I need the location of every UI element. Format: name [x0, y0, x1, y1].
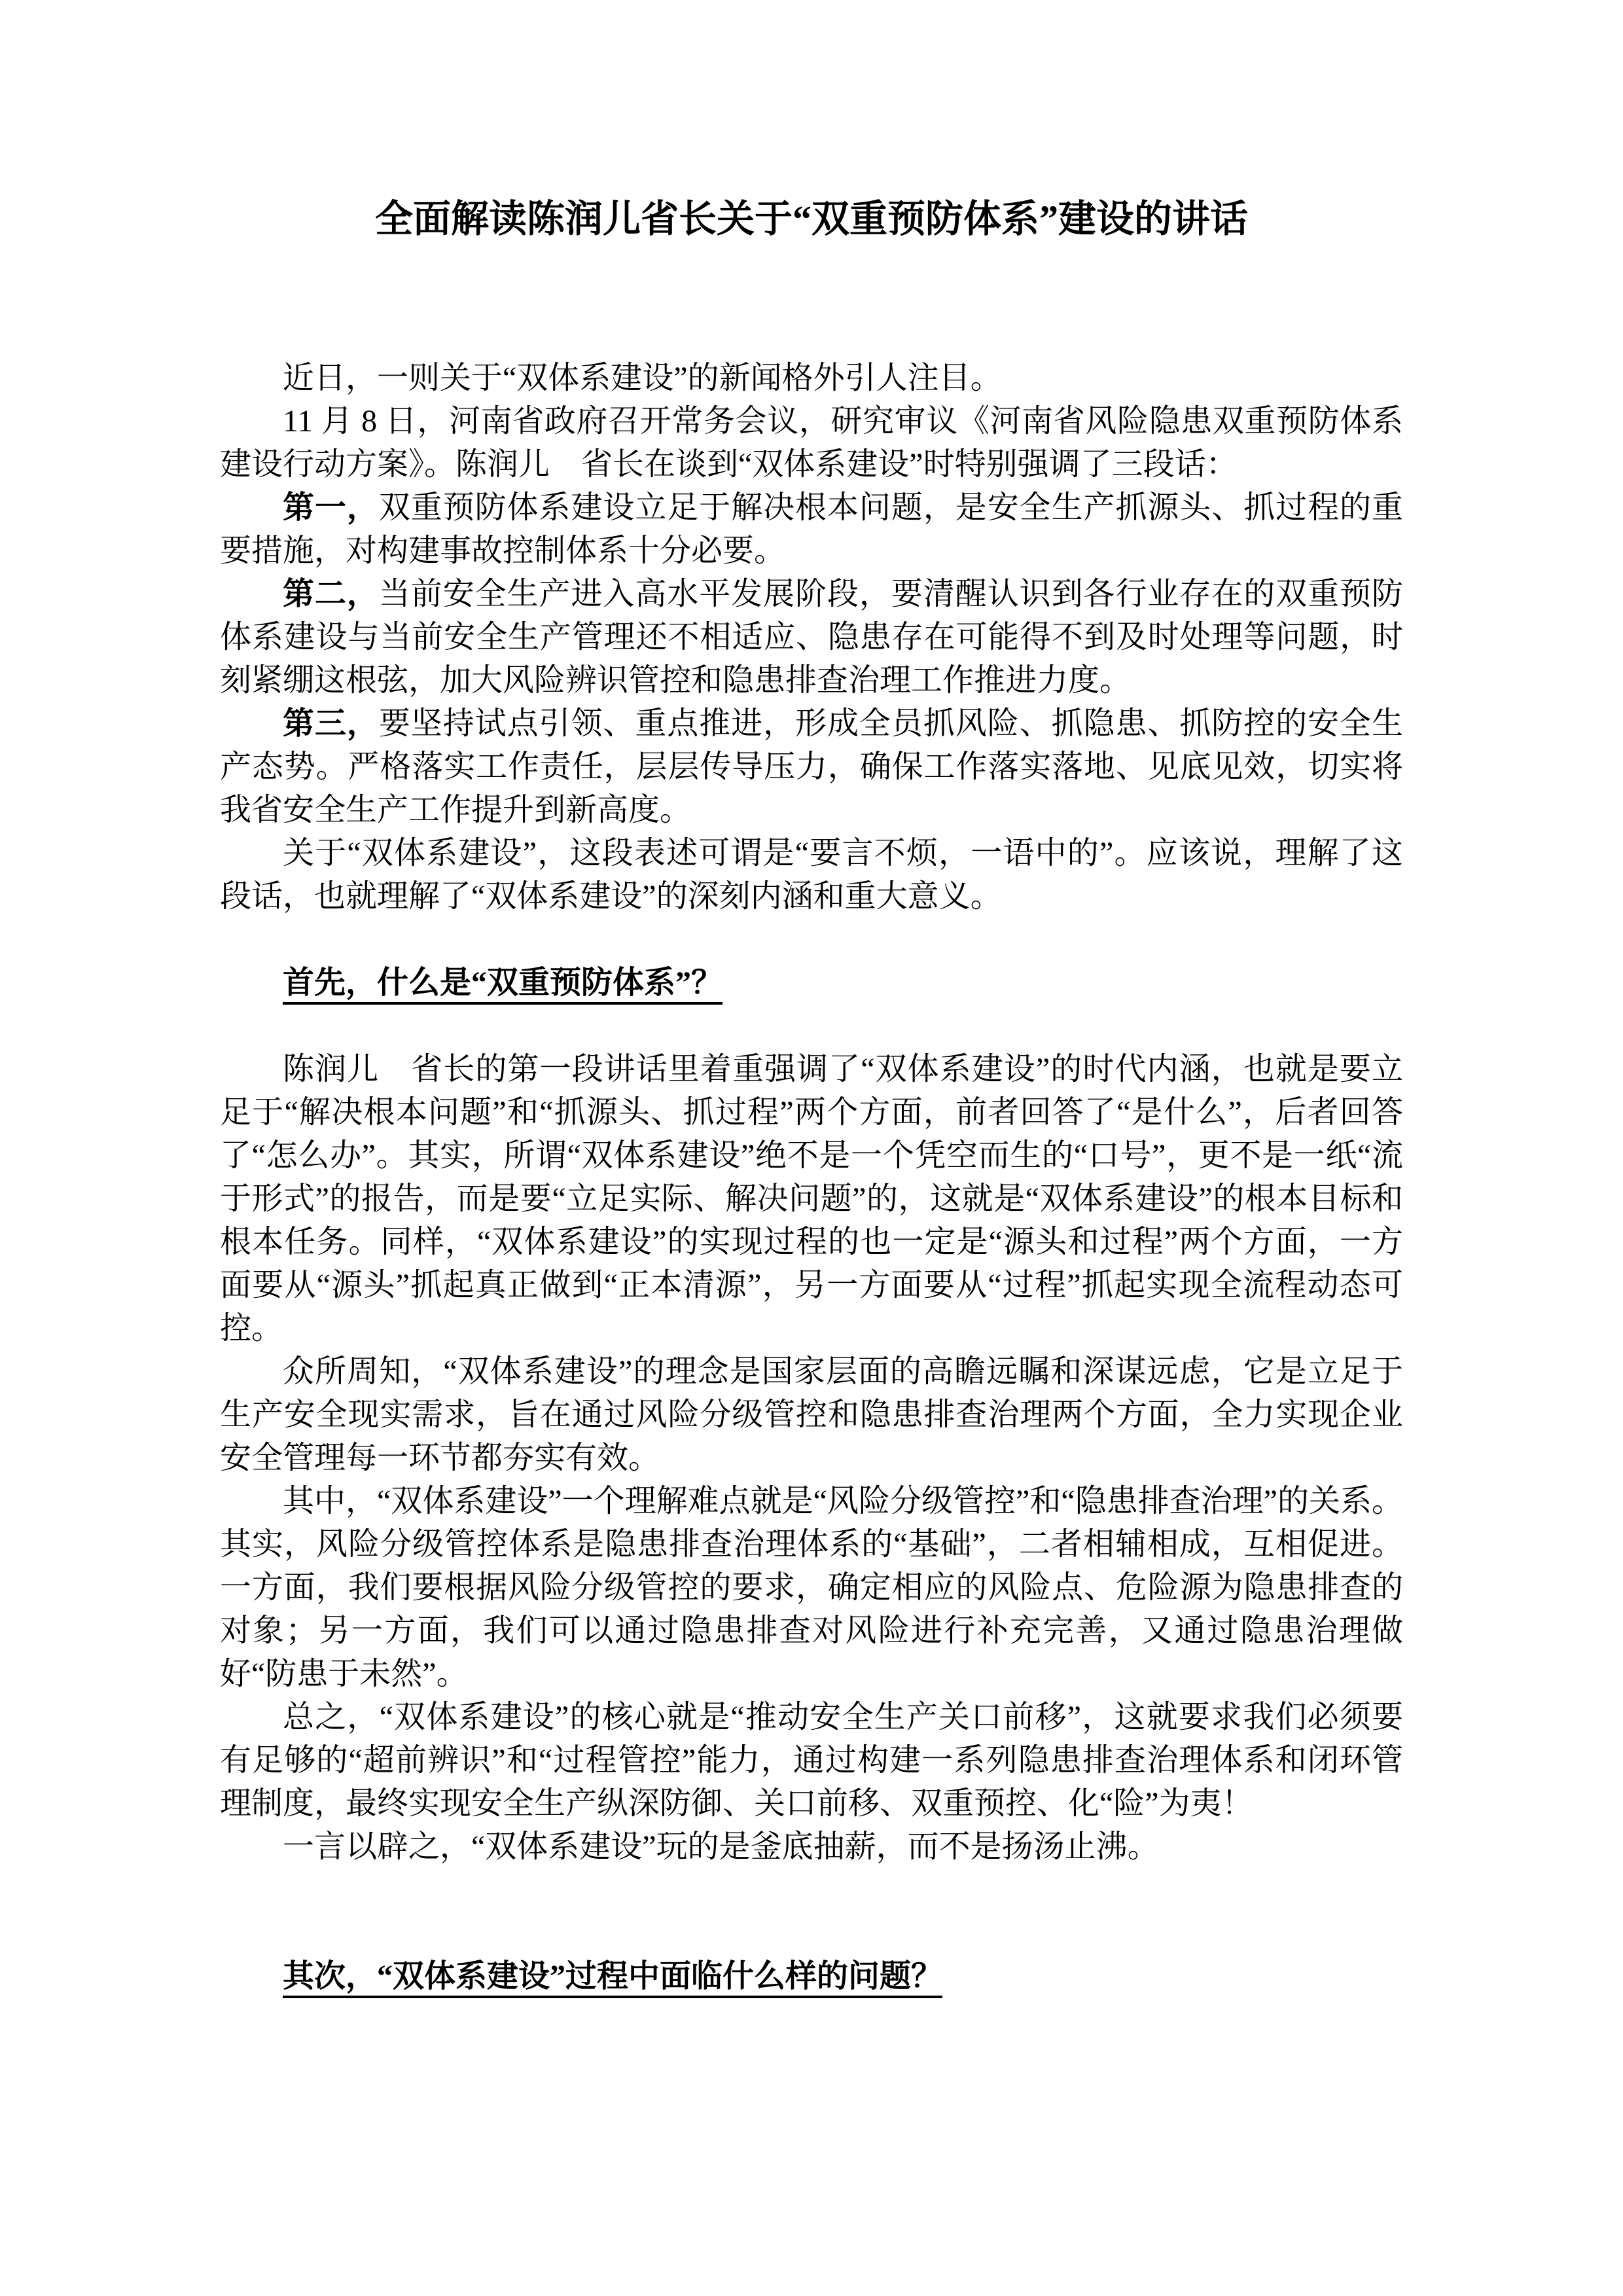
section1-paragraph-2: 众所周知，“双体系建设”的理念是国家层面的高瞻远瞩和深谋远虑，它是立足于生产安全…: [220, 1350, 1403, 1480]
section1-paragraph-1: 陈润儿 省长的第一段讲话里着重强调了“双体系建设”的时代内涵，也就是要立足于“解…: [220, 1048, 1403, 1350]
section2-heading: 其次，“双体系建设”过程中面临什么样的问题？: [220, 1955, 1403, 1998]
section1-paragraph-4: 总之，“双体系建设”的核心就是“推动安全生产关口前移”，这就要求我们必须要有足够…: [220, 1696, 1403, 1825]
paragraph-point-2: 第二，当前安全生产进入高水平发展阶段，要清醒认识到各行业存在的双重预防体系建设与…: [220, 573, 1403, 702]
paragraph-point-3: 第三，要坚持试点引领、重点推进，形成全员抓风险、抓隐患、抓防控的安全生产态势。严…: [220, 702, 1403, 832]
document-page: 全面解读陈润儿省长关于“双重预防体系”建设的讲话 近日，一则关于“双体系建设”的…: [0, 0, 1623, 2296]
document-body: 近日，一则关于“双体系建设”的新闻格外引人注目。 11 月 8 日，河南省政府召…: [220, 357, 1403, 1998]
paragraph-text: 当前安全生产进入高水平发展阶段，要清醒认识到各行业存在的双重预防体系建设与当前安…: [220, 577, 1403, 698]
paragraph-lead: 第二，: [283, 577, 379, 611]
document-title: 全面解读陈润儿省长关于“双重预防体系”建设的讲话: [220, 196, 1403, 242]
section1-paragraph-5: 一言以辟之，“双体系建设”玩的是釜底抽薪，而不是扬汤止沸。: [220, 1825, 1403, 1869]
paragraph-text: 关于“双体系建设”，这段表述可谓是“要言不烦，一语中的”。应该说，理解了这段话，…: [220, 836, 1403, 914]
section1-heading: 首先，什么是“双重预防体系”？: [220, 961, 1403, 1005]
paragraph-point-1: 第一，双重预防体系建设立足于解决根本问题，是安全生产抓源头、抓过程的重要措施，对…: [220, 486, 1403, 573]
paragraph-text: 近日，一则关于“双体系建设”的新闻格外引人注目。: [283, 361, 1002, 395]
paragraph-intro-2: 11 月 8 日，河南省政府召开常务会议，研究审议《河南省风险隐患双重预防体系建…: [220, 400, 1403, 486]
paragraph-lead: 第一，: [283, 490, 379, 525]
section1-paragraph-3: 其中，“双体系建设”一个理解难点就是“风险分级管控”和“隐患排查治理”的关系。其…: [220, 1480, 1403, 1696]
paragraph-text: 11 月 8 日，河南省政府召开常务会议，研究审议《河南省风险隐患双重预防体系建…: [220, 404, 1403, 482]
paragraph-text: 双重预防体系建设立足于解决根本问题，是安全生产抓源头、抓过程的重要措施，对构建事…: [220, 490, 1403, 568]
paragraph-lead: 第三，: [283, 706, 379, 741]
paragraph-text: 要坚持试点引领、重点推进，形成全员抓风险、抓隐患、抓防控的安全生产态势。严格落实…: [220, 706, 1403, 827]
paragraph-intro-summary: 关于“双体系建设”，这段表述可谓是“要言不烦，一语中的”。应该说，理解了这段话，…: [220, 832, 1403, 918]
paragraph-intro-1: 近日，一则关于“双体系建设”的新闻格外引人注目。: [220, 357, 1403, 400]
